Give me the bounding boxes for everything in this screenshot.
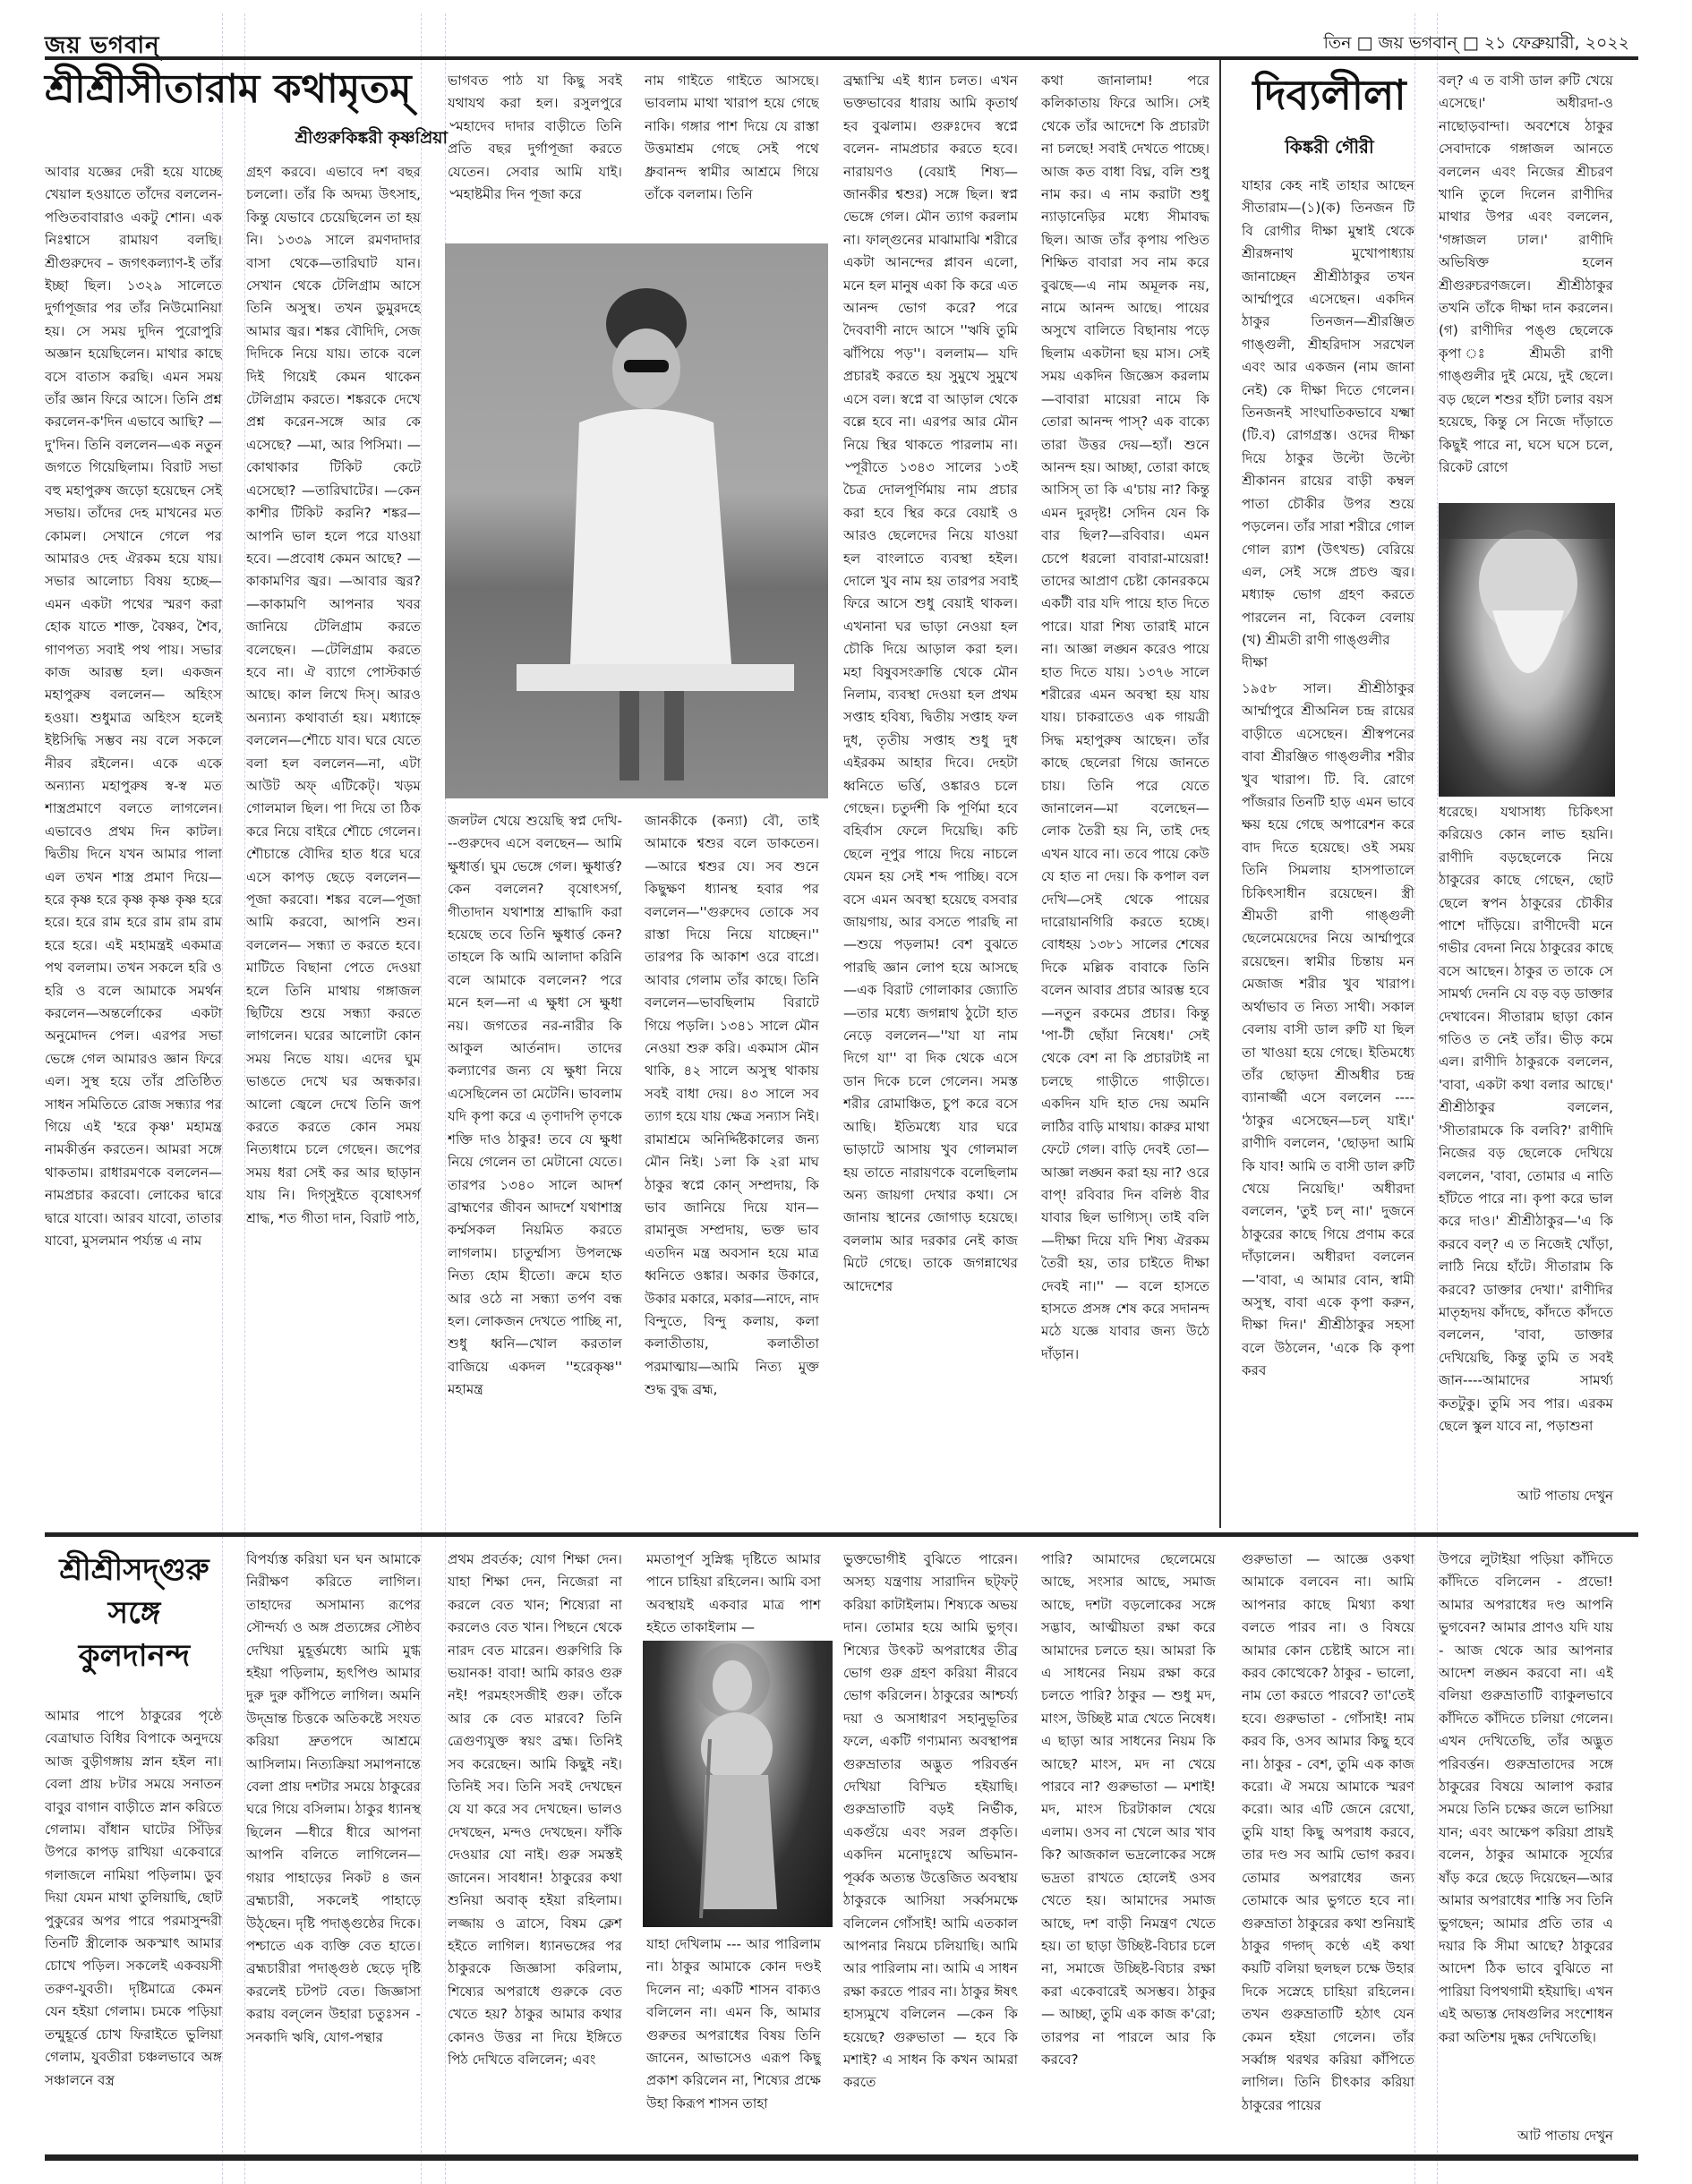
portrait-photo-seated-saint (445, 243, 828, 798)
article2-byline: কিঙ্করী গৌরী (1240, 134, 1419, 164)
article3-column-4-top: মমতাপূর্ণ সুস্নিগ্ধ দৃষ্টিতে আমার পানে চ… (646, 1548, 821, 1638)
article1-column-3-top: ভাগবত পাঠ যা কিছু সবই যথাযথ করা হল। রসুল… (448, 70, 622, 231)
masthead-title: জয় ভগবান্ (45, 27, 160, 66)
article-title-dibyalila: দিব্যলীলা (1240, 64, 1419, 132)
article2-column-left-top: যাহার কেহ নাই তাহার আছেন সীতারাম—(১)(ক) … (1242, 175, 1414, 627)
column-guide (1414, 13, 1416, 2184)
article3-column-7: গুরুভাতা — আজ্ঞে ওকথা আমাকে বলবেন না। আম… (1242, 1548, 1414, 2144)
article1-column-4-bottom: জানকীকে (কন্যা) বৌ, তাই আমাকে শ্বশুর বলে… (645, 810, 819, 1504)
article1-column-4-top: নাম গাইতে গাইতে আসছে। ভাবলাম মাথা খারাপ … (645, 70, 819, 231)
article3-column-3: প্রথম প্রবর্তক; যোগ শিক্ষা দেন। যাহা শিক… (448, 1548, 622, 2144)
article1-column-6: কথা জানালাম! পরে কলিকাতায় ফিরে আসি। সেই… (1041, 70, 1209, 1504)
title-line: কুলদানন্দ (45, 1634, 224, 1677)
column-guide (421, 13, 423, 2184)
article1-column-1: আবার যজ্ঞের দেরী হয়ে যাচ্ছে খেয়াল হওয়… (45, 161, 222, 1504)
continued-on-page-8-link[interactable]: আট পাতায় দেখুন (1439, 1486, 1613, 1508)
title-line: সঙ্গে (45, 1591, 224, 1634)
article3-column-1: আমার পাপে ঠাকুরের পৃষ্ঠে বেত্রাঘাত বিধির… (45, 1705, 222, 2144)
bottom-rule (45, 2154, 1638, 2161)
section-divider (1219, 60, 1221, 1528)
standing-figure-icon (643, 1641, 833, 1927)
article3-column-8: উপরে লুটাইয়া পড়িয়া কাঁদিতে কাঁদিতে বল… (1439, 1548, 1613, 2121)
article1-column-5: ব্রহ্মাস্মি এই ধ্যান চলত। এখন ভক্তভাবের … (843, 70, 1018, 1504)
title-line: শ্রীশ্রীসদ্‌গুরু (45, 1548, 224, 1591)
article-byline: শ্রীগুরুকিঙ্করী কৃষ্ণপ্রিয়া (242, 125, 448, 154)
continued-on-page-8-link[interactable]: আট পাতায় দেখুন (1439, 2126, 1613, 2148)
article2-column-right-bottom: ধরেছে। যথাসাধ্য চিকিৎসা করিয়েও কোন লাভ … (1439, 801, 1613, 1481)
column-guide (222, 13, 224, 2184)
article3-column-6: পারি? আমাদের ছেলেমেয়ে আছে, সংসার আছে, স… (1041, 1548, 1216, 2144)
article2-column-right-top: বল্? এ ত বাসী ডাল রুটি খেয়ে এসেছে।' অধী… (1439, 70, 1613, 499)
article1-column-3-bottom: জলটল খেয়ে শুয়েছি স্বপ্ন দেখি---গুরুদেব… (448, 810, 622, 1504)
article3-column-5: ভুক্তভোগীই বুঝিতে পারেন। অসহ্য যন্ত্রণায… (843, 1548, 1018, 2144)
portrait-photo-bearded-saint (1439, 503, 1615, 797)
article2-subhead: (খ) শ্রীমতী রাণী গাঙ্গুলীর দীক্ষা (1242, 629, 1414, 676)
top-rule (45, 56, 1638, 60)
portrait-painting-standing-saint (643, 1641, 833, 1927)
article-title-kuladananda: শ্রীশ্রীসদ্‌গুরু সঙ্গে কুলদানন্দ (45, 1548, 224, 1677)
article-title-sitaram-kathamritam: শ্রীশ্রীসীতারাম কথামৃতম্ (45, 64, 439, 115)
article3-column-2: বিপর্য্যস্ত করিয়া ঘন ঘন আমাকে নিরীক্ষণ … (246, 1548, 421, 2144)
page-date-line: তিন □ জয় ভগবান্ □ ২১ ফেব্রুয়ারী, ২০২২ (1323, 30, 1629, 59)
article3-column-4-bottom: যাহা দেখিলাম --- আর পারিলাম না। ঠাকুর আম… (646, 1933, 821, 2144)
article1-column-2: গ্রহণ করবে। এভাবে দশ বছর চললো। তাঁর কি অ… (246, 161, 421, 1504)
article2-column-left-bottom: ১৯৫৮ সাল। শ্রীশ্রীঠাকুর আর্ম্মাপুরে শ্রী… (1242, 678, 1414, 1506)
seated-figure-icon (445, 243, 828, 798)
bearded-figure-icon (1439, 503, 1615, 797)
section-rule (45, 1532, 1638, 1537)
